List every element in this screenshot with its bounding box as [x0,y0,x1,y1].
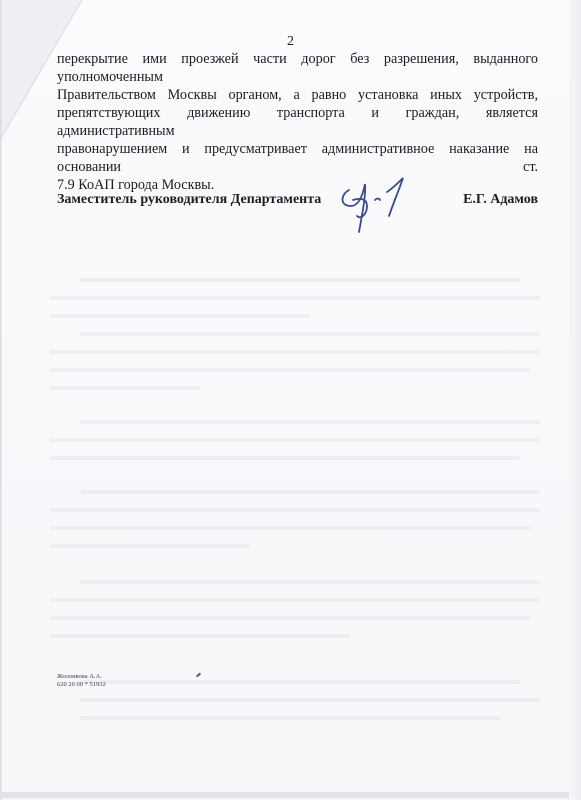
body-line: правонарушением и предусматривает админи… [57,140,538,176]
body-line: препятствующих движению транспорта и гра… [57,104,538,140]
bleed-through-text [40,270,560,750]
page-number: 2 [0,34,581,50]
body-line: перекрытие ими проезжей части дорог без … [57,50,538,86]
page-right-edge [569,0,581,800]
signature-block: Заместитель руководителя Департамента Е.… [57,190,538,260]
body-line: Правительством Москвы органом, а равно у… [57,86,538,104]
body-paragraph: перекрытие ими проезжей части дорог без … [57,50,538,194]
signatory-position: Заместитель руководителя Департамента [57,192,321,208]
executor-info: Жолонкова А.А. 620 20 00 * 51932 [57,673,106,689]
signatory-name: Е.Г. Адамов [463,192,538,208]
executor-name: Жолонкова А.А. [57,673,106,681]
executor-phone: 620 20 00 * 51932 [57,681,106,689]
document-page: 2 перекрытие ими проезжей части дорог бе… [0,0,581,800]
signature-icon [337,176,427,256]
